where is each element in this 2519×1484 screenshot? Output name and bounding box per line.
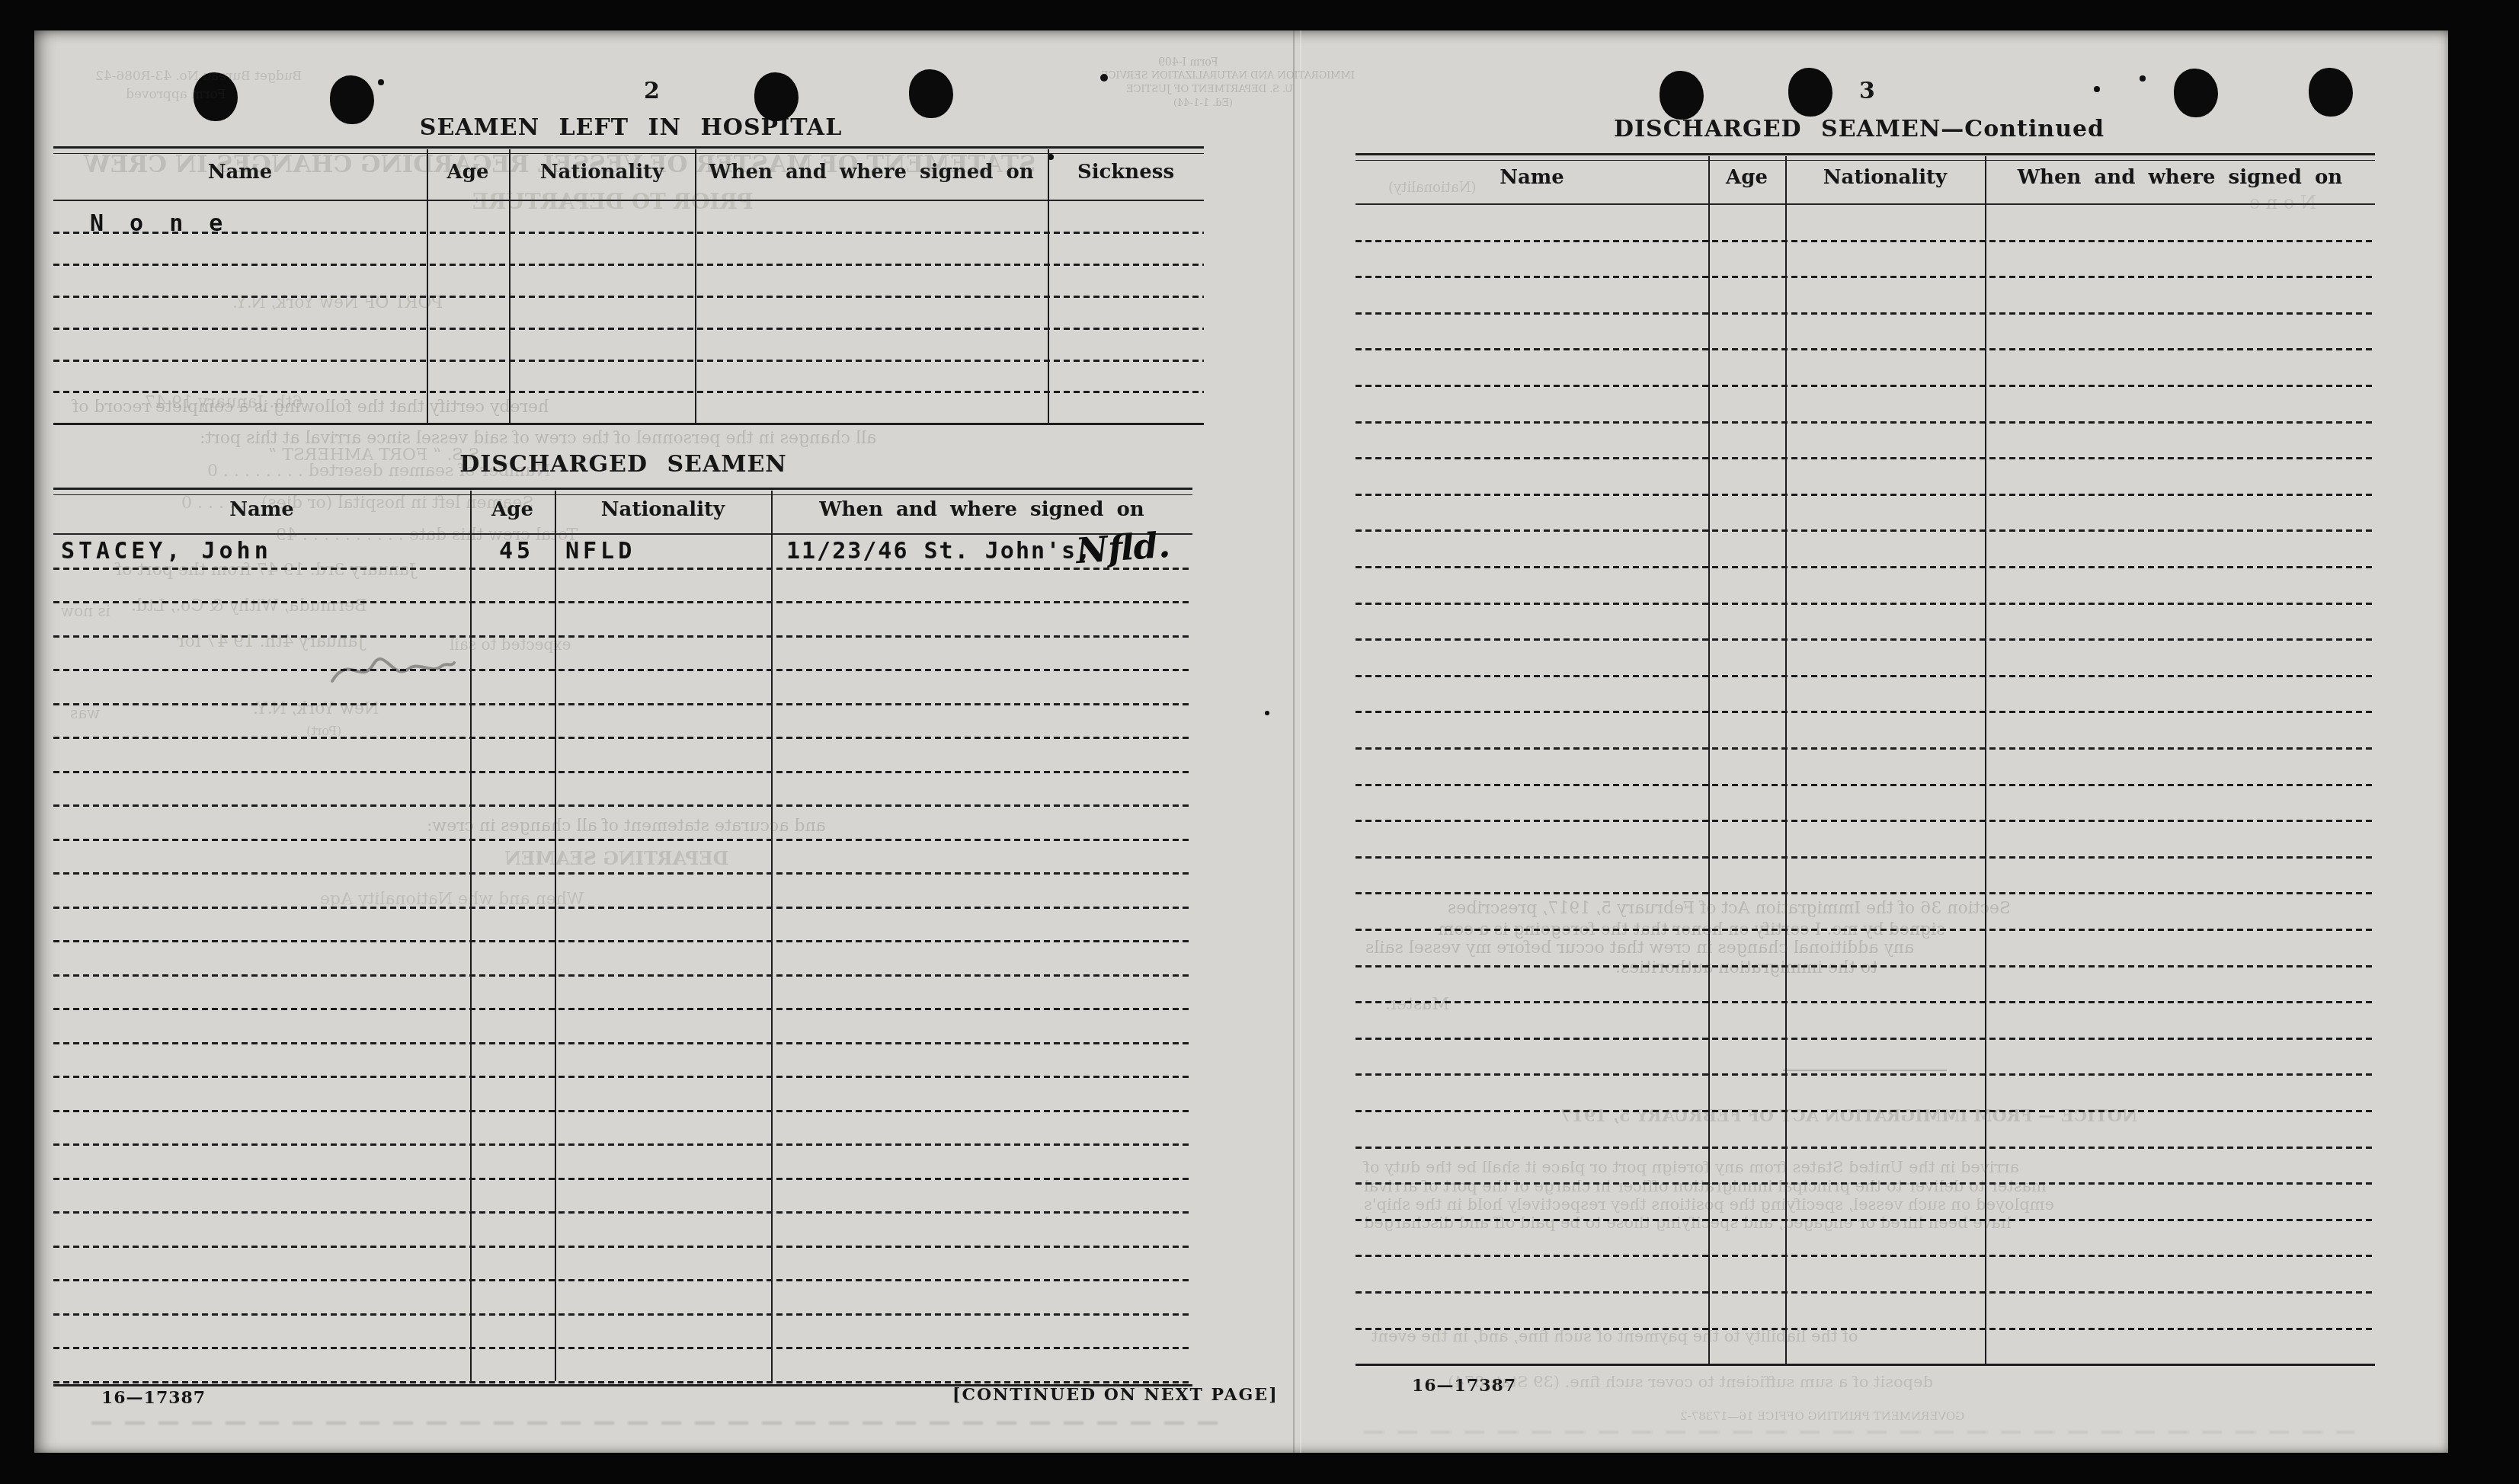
bleedthrough-text: have been hired or engaged, and specifyi… [1364, 1214, 2012, 1232]
row-divider [1356, 603, 2375, 605]
bleedthrough-text: January 3rd. 19 47 from the port of [116, 561, 416, 580]
row-divider [1356, 820, 2375, 822]
bleedthrough-text: New York, N.Y. [253, 699, 379, 718]
bleedthrough-text: GOVERNMENT PRINTING OFFICE 16—17387-2 [1680, 1409, 1964, 1423]
row-divider [53, 1381, 1192, 1383]
row-divider [53, 360, 1204, 362]
punch-hole [909, 69, 953, 118]
header-underline [1356, 203, 2375, 205]
row-divider [1356, 1001, 2375, 1003]
bleedthrough-text: DEPARTING SEAMEN [504, 847, 728, 869]
row-divider [53, 872, 1192, 875]
row-divider [1356, 385, 2375, 387]
row-divider [53, 1076, 1192, 1078]
punch-hole [1788, 68, 1832, 117]
row-divider [1356, 638, 2375, 641]
row-divider [53, 669, 1192, 671]
row-divider [53, 1246, 1192, 1248]
row-divider [53, 296, 1204, 298]
row-divider [53, 1178, 1192, 1180]
row-divider [1356, 856, 2375, 859]
row-divider [1356, 348, 2375, 350]
row-divider [1356, 784, 2375, 786]
row-divider [53, 804, 1192, 807]
row-divider [1356, 1147, 2375, 1149]
bleedthrough-text: deposit of a sum sufficient to cover suc… [1448, 1373, 1933, 1391]
bleedthrough-text: PORT OF New York, N.Y. [232, 293, 443, 312]
scanned-document: 2 SEAMEN LEFT IN HOSPITAL DISCHARGED SEA… [0, 0, 2519, 1484]
table-bottom-rule [53, 1384, 1192, 1386]
row-divider [1356, 566, 2375, 568]
row-divider [53, 1211, 1192, 1214]
table-bottom-rule [53, 423, 1204, 425]
row-divider [1356, 457, 2375, 459]
row-divider [1356, 494, 2375, 496]
bleedthrough-text: to the immigration authorities. [1615, 958, 1877, 977]
row-divider [53, 703, 1192, 705]
row-divider [53, 1042, 1192, 1044]
column-header: Nationality [1785, 166, 1985, 189]
row-divider [53, 839, 1192, 841]
row-divider [53, 1313, 1192, 1316]
bleedthrough-text: PRIOR TO DEPARTURE [472, 189, 754, 214]
bleedthrough-text: is now [61, 602, 110, 620]
bleedthrough-text: master to deliver to the principal immig… [1364, 1177, 2047, 1195]
row-divider [1356, 529, 2375, 532]
bleedthrough-text: any additional changes in crew that occu… [1365, 939, 1914, 958]
column-divider [1048, 149, 1049, 423]
row-divider [1356, 675, 2375, 677]
row-divider [53, 1279, 1192, 1281]
bleedthrough-text: Section 36 of the Immigration Act of Feb… [1448, 899, 2011, 918]
row-divider [1356, 276, 2375, 278]
bleedthrough-text: was [70, 704, 100, 722]
column-header: Age [1708, 166, 1785, 189]
row-divider [53, 328, 1204, 330]
continued-note: [CONTINUED ON NEXT PAGE] [952, 1385, 1279, 1405]
row-divider [1356, 747, 2375, 750]
bleedthrough-text: U. S. DEPARTMENT OF JUSTICE [1126, 84, 1293, 95]
bleedthrough-text: hereby certify that the following is a c… [72, 398, 549, 417]
ink-speck [378, 79, 384, 85]
row-divider [1356, 421, 2375, 424]
bleedthrough-text: NOTICE — FROM IMMIGRATION ACT OF FEBRUAR… [1560, 1106, 2137, 1126]
bleedthrough-text: Seamen left in hospital (or dies) . . . … [181, 494, 534, 513]
table-top-rule [1356, 153, 2375, 161]
row-divider [1356, 711, 2375, 713]
ink-speck [2094, 86, 2100, 92]
row-divider [1356, 312, 2375, 315]
right-page-number: 3 [1859, 78, 1875, 104]
bleedthrough-text: STATEMENT OF MASTER OF VESSEL REGARDING … [84, 151, 1035, 178]
bleedthrough-text: Bermuda, Withy & Co., Ltd. [131, 596, 366, 616]
bleedthrough-text: of the liability to the payment of such … [1372, 1327, 1858, 1345]
bleedthrough-text: N o n e [2249, 192, 2316, 213]
row-divider [53, 940, 1192, 942]
column-header: Sickness [1048, 161, 1204, 184]
bleedthrough-text: IMMIGRATION AND NATURALIZATION SERVICE [1101, 70, 1355, 82]
row-divider [53, 1110, 1192, 1112]
hospital-row-name: N o n e [90, 210, 229, 237]
bleedthrough-text: (Ed. 1-1-44) [1173, 98, 1233, 109]
row-divider [1356, 1255, 2375, 1257]
row-divider [53, 737, 1192, 739]
column-header: Nationality [555, 498, 771, 521]
bleedthrough-text: and accurate statement of all changes in… [427, 817, 826, 836]
row-divider [1356, 1038, 2375, 1040]
bleedthrough-text: When and whe Nationality Age [320, 890, 584, 909]
header-underline [53, 533, 1192, 535]
column-divider [427, 149, 428, 423]
bleedthrough-text: expected to sail [450, 635, 571, 654]
bleedthrough-text: Form I-409 [1158, 56, 1218, 69]
discharged-row-signed-on-handwritten: Nfld. [1074, 524, 1171, 571]
bleedthrough-text: (Nationality) [1388, 180, 1477, 196]
bleedthrough-text: Total crew this date . . . . . . . . . .… [276, 526, 578, 545]
left-form-number: 16—17387 [101, 1388, 206, 1408]
page-gutter-highlight [1300, 30, 1301, 1453]
ink-speck [1265, 711, 1269, 715]
bleedthrough-text: Form approved [126, 87, 226, 102]
discharged-table: NameAgeNationalityWhen and where signed … [53, 488, 1192, 1386]
discharged-continued-title: DISCHARGED SEAMEN—Continued [1614, 116, 2105, 142]
row-divider [53, 1143, 1192, 1146]
bleedthrough-text: Number of seamen deserted . . . . . . . … [207, 462, 551, 481]
bleedthrough-text: arrived in the United States from any fo… [1364, 1158, 2019, 1176]
row-divider [1356, 240, 2375, 242]
left-page-number: 2 [644, 78, 660, 104]
row-divider [53, 1008, 1192, 1010]
punch-hole [1660, 71, 1704, 120]
bleedthrough-text: January 4th. 19 47 for [177, 632, 364, 651]
bleedthrough-text: Master. [1385, 995, 1449, 1014]
column-header: When and where signed on [771, 498, 1192, 521]
punch-hole [754, 72, 799, 121]
row-divider [1356, 1291, 2375, 1294]
row-divider [53, 907, 1192, 909]
bleedthrough-text: signed by me. I certify on honor that th… [1432, 920, 1945, 939]
punch-hole [330, 75, 374, 124]
row-divider [1356, 1073, 2375, 1076]
punch-hole [2174, 69, 2218, 117]
bleedthrough-text: (Port) [306, 724, 341, 738]
discharged-row-signed-on: 11/23/46 St. John's, [786, 538, 1092, 564]
row-divider [53, 264, 1204, 266]
bleedthrough-smudge [1364, 1431, 2354, 1434]
row-divider [1356, 892, 2375, 894]
column-header: When and where signed on [1985, 166, 2375, 189]
row-divider [53, 771, 1192, 773]
bleedthrough-smudge [91, 1422, 1219, 1425]
bleedthrough-text: Budget Bureau No. 43-R086-42 [95, 69, 302, 84]
ink-speck [2140, 75, 2146, 82]
page-gutter-line [1293, 30, 1295, 1453]
row-divider [53, 974, 1192, 977]
punch-hole [2309, 68, 2353, 117]
row-divider [53, 1347, 1192, 1349]
bleedthrough-text: employed on such vessel, specifying the … [1364, 1195, 2054, 1214]
table-bottom-rule [1356, 1364, 2375, 1366]
